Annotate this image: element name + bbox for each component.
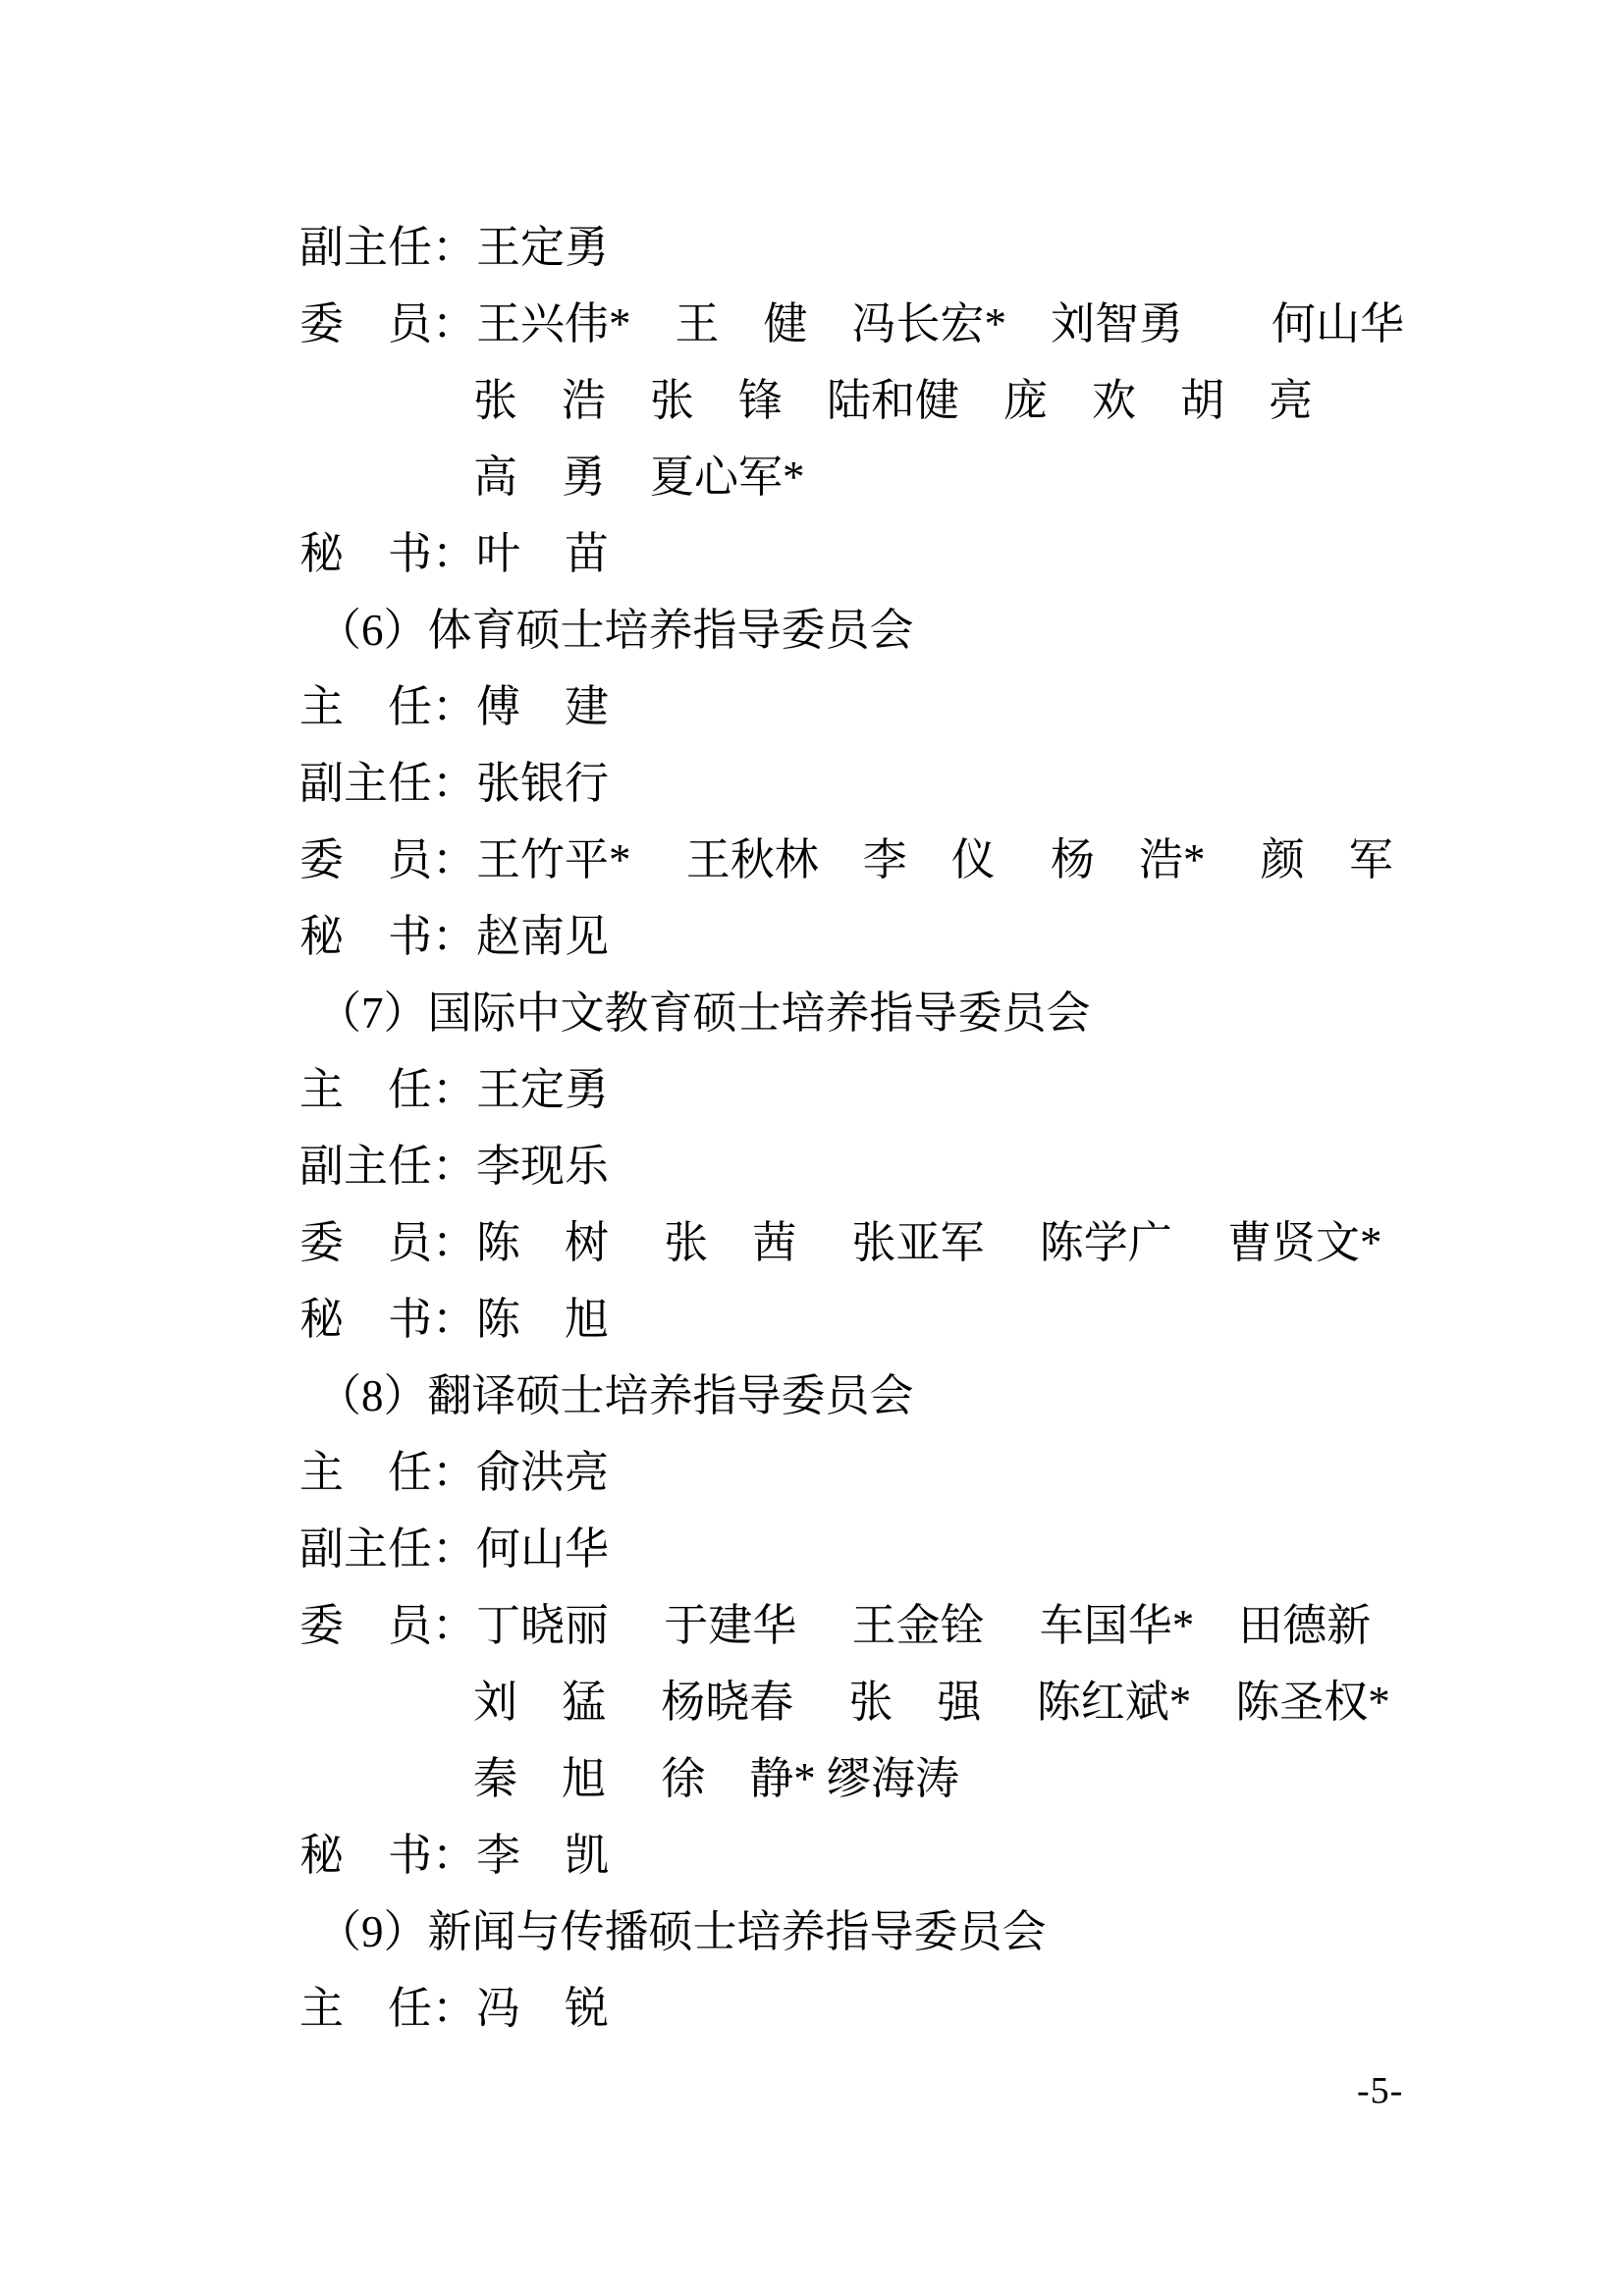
role-names: 王定勇 xyxy=(476,1065,609,1114)
names-continuation-line: 刘 猛 杨晓春 张 强 陈红斌* 陈圣权* xyxy=(299,1664,1527,1740)
committee-role-line: 副主任：何山华 xyxy=(299,1511,1527,1587)
role-names: 俞洪亮 xyxy=(476,1448,609,1497)
role-label: 主 任： xyxy=(299,668,476,745)
role-names: 李 凯 xyxy=(476,1831,609,1880)
document-body: 副主任：王定勇 委 员：王兴伟* 王 健 冯长宏* 刘智勇 何山华 张 浩 张 … xyxy=(299,209,1527,2047)
role-label: 秘 书： xyxy=(299,515,476,592)
role-label: 委 员： xyxy=(299,822,476,898)
page-number: -5- xyxy=(1357,2069,1403,2112)
committee-role-line: 秘 书：李 凯 xyxy=(299,1817,1527,1894)
section-heading-text: （9）新闻与传播硕士培养指导委员会 xyxy=(317,1907,1047,1956)
committee-role-line: 副主任：王定勇 xyxy=(299,209,1527,286)
role-names: 王兴伟* 王 健 冯长宏* 刘智勇 何山华 xyxy=(476,299,1404,348)
committee-role-line: 秘 书：叶 苗 xyxy=(299,515,1527,592)
names-continuation-line: 张 浩 张 锋 陆和健 庞 欢 胡 亮 xyxy=(299,362,1527,439)
section-heading-text: （7）国际中文教育硕士培养指导委员会 xyxy=(317,988,1091,1038)
role-label: 委 员： xyxy=(299,1204,476,1281)
role-names: 张 浩 张 锋 陆和健 庞 欢 胡 亮 xyxy=(473,376,1313,425)
section-heading-text: （6）体育硕士培养指导委员会 xyxy=(317,606,914,655)
role-label: 秘 书： xyxy=(299,1281,476,1358)
section-heading-text: （8）翻译硕士培养指导委员会 xyxy=(317,1371,914,1420)
role-label: 副主任： xyxy=(299,1128,476,1204)
committee-role-line: 委 员：丁晓丽 于建华 王金铨 车国华* 田德新 xyxy=(299,1587,1527,1664)
role-label: 副主任： xyxy=(299,1511,476,1587)
committee-role-line: 委 员：王兴伟* 王 健 冯长宏* 刘智勇 何山华 xyxy=(299,286,1527,362)
role-label: 副主任： xyxy=(299,745,476,822)
committee-role-line: 秘 书：赵南见 xyxy=(299,898,1527,975)
role-names: 陈 旭 xyxy=(476,1295,609,1344)
committee-role-line: 主 任：王定勇 xyxy=(299,1051,1527,1128)
role-label: 委 员： xyxy=(299,286,476,362)
names-continuation-line: 秦 旭 徐 静* 缪海涛 xyxy=(299,1740,1527,1817)
role-label: 委 员： xyxy=(299,1587,476,1664)
committee-role-line: 委 员：王竹平* 王秋林 李 仪 杨 浩* 颜 军 xyxy=(299,822,1527,898)
role-label: 主 任： xyxy=(299,1970,476,2047)
role-names: 冯 锐 xyxy=(476,1984,609,2033)
role-names: 王定勇 xyxy=(476,223,609,272)
committee-role-line: 副主任：李现乐 xyxy=(299,1128,1527,1204)
role-names: 赵南见 xyxy=(476,912,609,961)
committee-role-line: 副主任：张银行 xyxy=(299,745,1527,822)
role-names: 陈 树 张 茜 张亚军 陈学广 曹贤文* xyxy=(476,1218,1382,1267)
section-heading: （8）翻译硕士培养指导委员会 xyxy=(299,1358,1527,1434)
names-continuation-line: 高 勇 夏心军* xyxy=(299,439,1527,515)
role-label: 主 任： xyxy=(299,1051,476,1128)
committee-role-line: 秘 书：陈 旭 xyxy=(299,1281,1527,1358)
role-names: 张银行 xyxy=(476,759,609,808)
committee-role-line: 主 任：傅 建 xyxy=(299,668,1527,745)
role-names: 何山华 xyxy=(476,1524,609,1574)
role-names: 秦 旭 徐 静* 缪海涛 xyxy=(473,1754,959,1803)
committee-role-line: 委 员：陈 树 张 茜 张亚军 陈学广 曹贤文* xyxy=(299,1204,1527,1281)
role-label: 秘 书： xyxy=(299,898,476,975)
role-names: 刘 猛 杨晓春 张 强 陈红斌* 陈圣权* xyxy=(473,1678,1390,1727)
role-names: 傅 建 xyxy=(476,682,609,731)
section-heading: （9）新闻与传播硕士培养指导委员会 xyxy=(299,1894,1527,1970)
role-names: 王竹平* 王秋林 李 仪 杨 浩* 颜 军 xyxy=(476,835,1393,884)
committee-role-line: 主 任：俞洪亮 xyxy=(299,1434,1527,1511)
role-names: 李现乐 xyxy=(476,1142,609,1191)
role-label: 主 任： xyxy=(299,1434,476,1511)
role-names: 叶 苗 xyxy=(476,529,609,578)
role-names: 高 勇 夏心军* xyxy=(473,453,805,502)
role-label: 秘 书： xyxy=(299,1817,476,1894)
role-names: 丁晓丽 于建华 王金铨 车国华* 田德新 xyxy=(476,1601,1371,1650)
section-heading: （6）体育硕士培养指导委员会 xyxy=(299,592,1527,668)
section-heading: （7）国际中文教育硕士培养指导委员会 xyxy=(299,975,1527,1051)
committee-role-line: 主 任：冯 锐 xyxy=(299,1970,1527,2047)
role-label: 副主任： xyxy=(299,209,476,286)
